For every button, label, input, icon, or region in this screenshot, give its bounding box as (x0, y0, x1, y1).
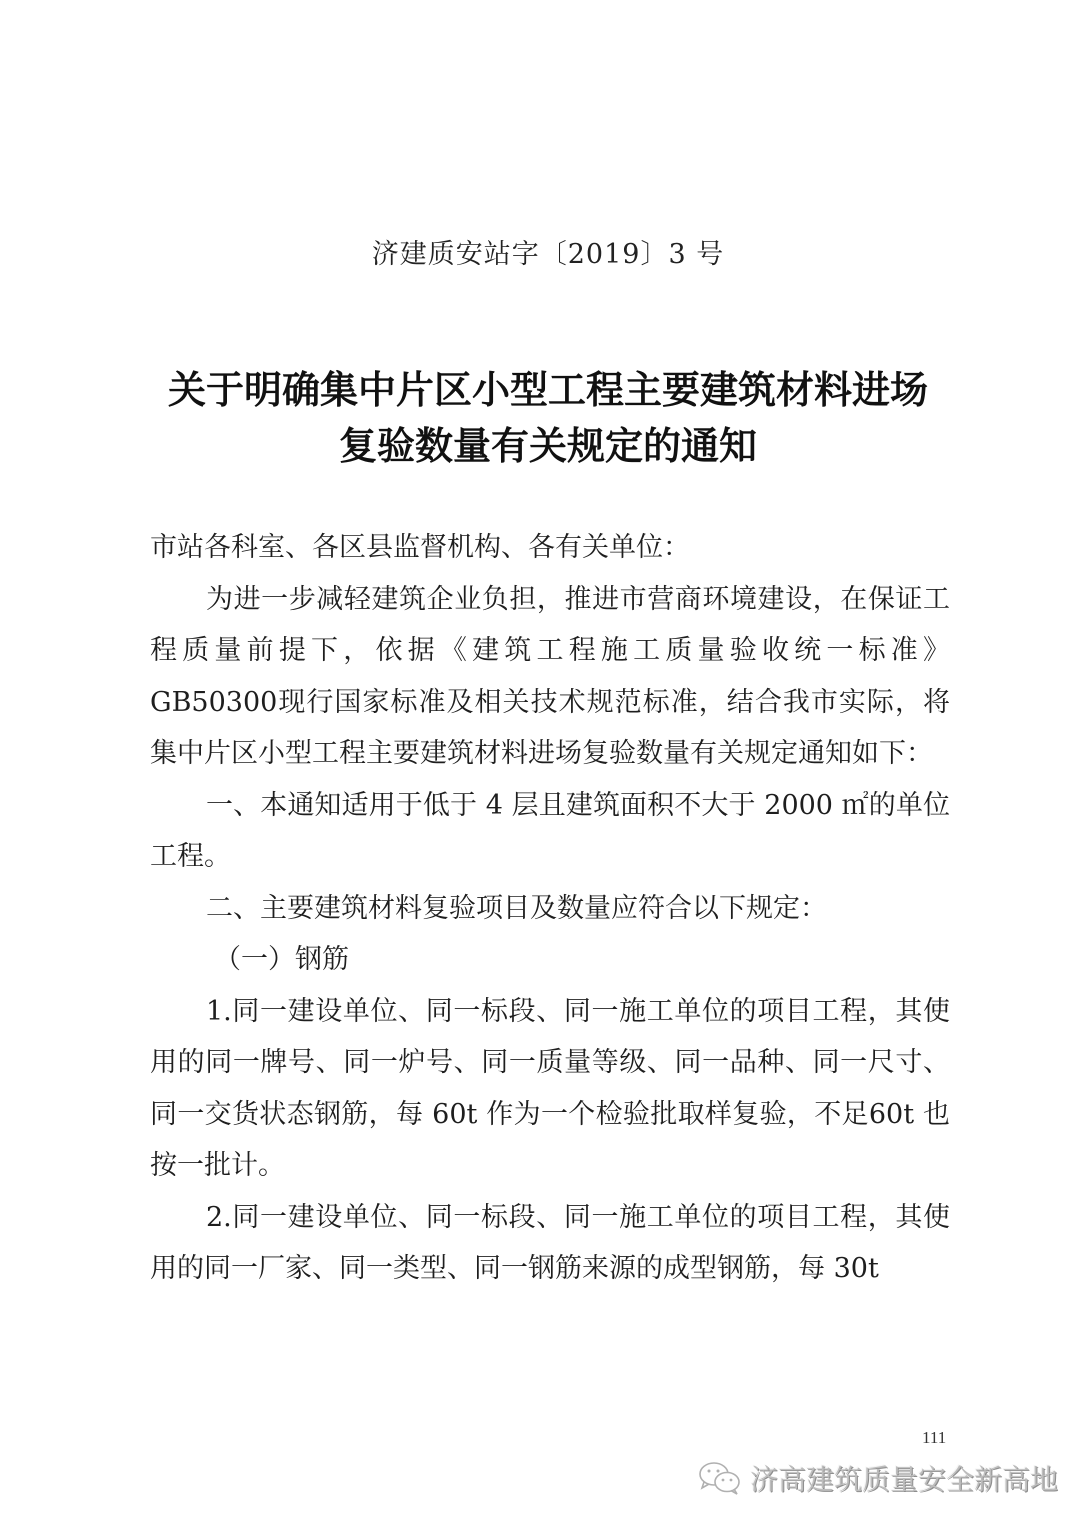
watermark: 济高建筑质量安全新高地 (698, 1458, 1058, 1498)
page-number: 111 (922, 1428, 946, 1448)
document-page: 济建质安站字〔2019〕3 号 关于明确集中片区小型工程主要建筑材料进场 复验数… (0, 0, 1080, 1527)
document-title: 关于明确集中片区小型工程主要建筑材料进场 复验数量有关规定的通知 (140, 362, 956, 474)
subsection-1-heading: （一）钢筋 (150, 934, 950, 986)
intro-paragraph: 为进一步减轻建筑企业负担，推进市营商环境建设，在保证工程质量前提下，依据《建筑工… (150, 574, 950, 780)
document-number: 济建质安站字〔2019〕3 号 (0, 232, 1080, 271)
item-2-paragraph: 2.同一建设单位、同一标段、同一施工单位的项目工程，其使用的同一厂家、同一类型、… (150, 1192, 950, 1295)
section-1-paragraph: 一、本通知适用于低于 4 层且建筑面积不大于 2000 ㎡的单位工程。 (150, 780, 950, 883)
item-1-paragraph: 1.同一建设单位、同一标段、同一施工单位的项目工程，其使用的同一牌号、同一炉号、… (150, 986, 950, 1192)
section-2-heading: 二、主要建筑材料复验项目及数量应符合以下规定： (150, 883, 950, 935)
document-body: 市站各科室、各区县监督机构、各有关单位： 为进一步减轻建筑企业负担，推进市营商环… (150, 522, 950, 1295)
title-line-2: 复验数量有关规定的通知 (140, 418, 956, 474)
title-line-1: 关于明确集中片区小型工程主要建筑材料进场 (140, 362, 956, 418)
wechat-icon (698, 1461, 742, 1495)
watermark-text: 济高建筑质量安全新高地 (750, 1458, 1058, 1498)
salutation: 市站各科室、各区县监督机构、各有关单位： (150, 522, 950, 574)
